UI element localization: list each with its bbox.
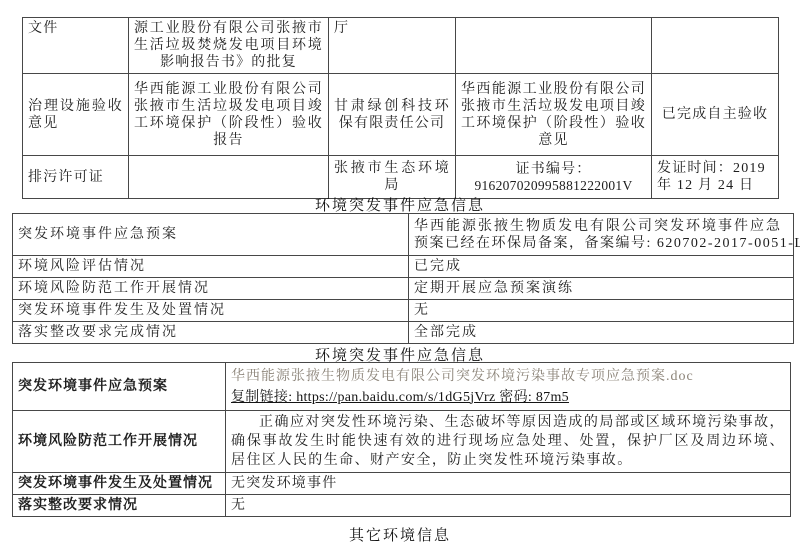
approval-permit-table: 文件 源工业股份有限公司张掖市生活垃圾焚烧发电项目环境影响报告书》的批复 厅 治… [22,17,779,199]
row-label-risk-prevention: 环境风险防范工作开展情况 [13,278,409,300]
table-row: 环境风险防范工作开展情况 正确应对突发性环境污染、生态破坏等原因造成的局部或区域… [13,411,791,473]
empty-cell [456,18,652,74]
approval-authority-cell: 厅 [329,18,456,74]
incident-handling-value: 无 [409,300,794,322]
rectification-detail-value: 无 [226,495,791,517]
table-row: 突发环境事件应急预案 华西能源张掖生物质发电有限公司突发环境事件应急 预案已经在… [13,214,794,256]
row-label-risk-prevention-detail: 环境风险防范工作开展情况 [13,411,226,473]
row-label-incident-handling: 突发环境事件发生及处置情况 [13,300,409,322]
empty-cell [129,156,329,199]
filing-line-2: 预案已经在环保局备案，备案编号: 620702-2017-0051-L [414,235,788,252]
section-heading-other-info: 其它环境信息 [0,524,800,545]
cert-no-label: 证书编号： [461,161,646,178]
table-row: 突发环境事件应急预案 华西能源张掖生物质发电有限公司突发环境污染事故专项应急预案… [13,363,791,411]
permit-cert-cell: 证书编号： 916207020995881222001V [456,156,652,199]
table-row: 排污许可证 张掖市生态环境局 证书编号： 9162070209958812220… [23,156,779,199]
risk-prevention-detail-cell: 正确应对突发性环境污染、生态破坏等原因造成的局部或区域环境污染事故，确保事故发生… [226,411,791,473]
row-label-file: 文件 [23,18,129,74]
table-row: 文件 源工业股份有限公司张掖市生活垃圾焚烧发电项目环境影响报告书》的批复 厅 [23,18,779,74]
row-label-emergency-plan-doc: 突发环境事件应急预案 [13,363,226,411]
permit-issue-date-cell: 发证时间：2019 年 12 月 24 日 [652,156,779,199]
row-label-discharge-permit: 排污许可证 [23,156,129,199]
table-row: 落实整改要求完成情况 全部完成 [13,322,794,344]
table-row: 突发环境事件发生及处置情况 无突发环境事件 [13,473,791,495]
risk-prevention-value: 定期开展应急预案演练 [409,278,794,300]
cert-no-value: 916207020995881222001V [461,178,646,194]
row-label-emergency-plan: 突发环境事件应急预案 [13,214,409,256]
row-label-facility-acceptance: 治理设施验收意见 [23,74,129,156]
row-label-rectification-detail: 落实整改要求情况 [13,495,226,517]
risk-prevention-paragraph: 正确应对突发性环境污染、生态破坏等原因造成的局部或区域环境污染事故，确保事故发生… [231,413,785,470]
filing-line-1: 华西能源张掖生物质发电有限公司突发环境事件应急 [414,218,788,235]
acceptance-agency-cell: 甘肃绿创科技环保有限责任公司 [329,74,456,156]
acceptance-report-cell: 华西能源工业股份有限公司张掖市生活垃圾发电项目竣工环境保护（阶段性）验收报告 [129,74,329,156]
acceptance-status-cell: 已完成自主验收 [652,74,779,156]
table-row: 治理设施验收意见 华西能源工业股份有限公司张掖市生活垃圾发电项目竣工环境保护（阶… [23,74,779,156]
row-label-incident-handling-detail: 突发环境事件发生及处置情况 [13,473,226,495]
table-row: 环境风险防范工作开展情况 定期开展应急预案演练 [13,278,794,300]
table-row: 突发环境事件发生及处置情况 无 [13,300,794,322]
row-label-rectification: 落实整改要求完成情况 [13,322,409,344]
emergency-detail-table: 突发环境事件应急预案 华西能源张掖生物质发电有限公司突发环境污染事故专项应急预案… [12,362,791,517]
plan-doc-filename: 华西能源张掖生物质发电有限公司突发环境污染事故专项应急预案.doc [231,366,785,387]
risk-assessment-value: 已完成 [409,256,794,278]
table-row: 落实整改要求情况 无 [13,495,791,517]
permit-authority-cell: 张掖市生态环境局 [329,156,456,199]
emergency-plan-filing-cell: 华西能源张掖生物质发电有限公司突发环境事件应急 预案已经在环保局备案，备案编号:… [409,214,794,256]
section-heading-emergency-1: 环境突发事件应急信息 [0,194,800,215]
table-row: 环境风险评估情况 已完成 [13,256,794,278]
emergency-summary-table: 突发环境事件应急预案 华西能源张掖生物质发电有限公司突发环境事件应急 预案已经在… [12,213,794,344]
row-label-risk-assessment: 环境风险评估情况 [13,256,409,278]
incident-handling-detail-value: 无突发环境事件 [226,473,791,495]
plan-doc-download-link[interactable]: 复制链接: https://pan.baidu.com/s/1dG5jVrz 密… [231,387,785,408]
emergency-plan-doc-cell: 华西能源张掖生物质发电有限公司突发环境污染事故专项应急预案.doc 复制链接: … [226,363,791,411]
rectification-value: 全部完成 [409,322,794,344]
approval-document-cell: 源工业股份有限公司张掖市生活垃圾焚烧发电项目环境影响报告书》的批复 [129,18,329,74]
empty-cell [652,18,779,74]
acceptance-opinion-cell: 华西能源工业股份有限公司张掖市生活垃圾发电项目竣工环境保护（阶段性）验收意见 [456,74,652,156]
